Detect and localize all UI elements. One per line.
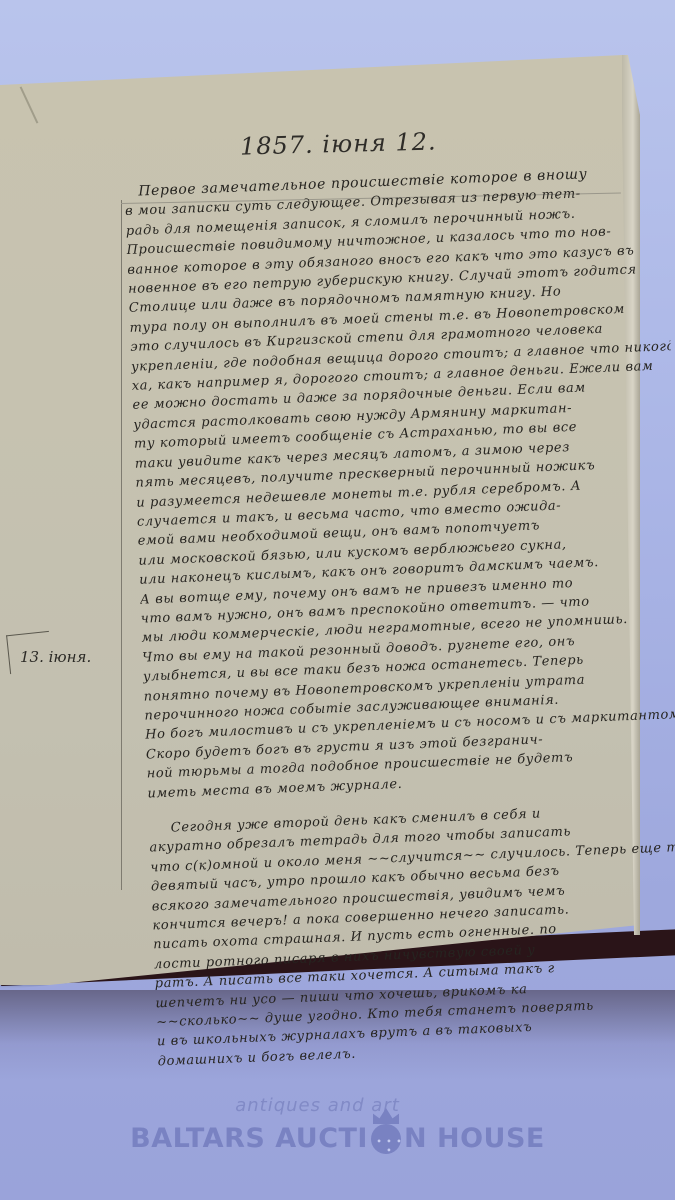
crown-orb-icon: • • • • xyxy=(369,1114,403,1154)
diary-text: Первое замечательное происшествіе которо… xyxy=(124,162,675,1072)
watermark-brand-right: N HOUSE xyxy=(404,1123,545,1154)
entry-june-12: Первое замечательное происшествіе которо… xyxy=(124,162,675,804)
margin-date-note: 13. іюня. xyxy=(20,648,91,666)
margin-rule xyxy=(121,200,122,890)
entry-june-13: Сегодня уже второй день какъ сменилъ в с… xyxy=(148,798,675,1072)
page-heading-date: 1857. іюня 12. xyxy=(240,127,437,160)
watermark-brand-left: BALTARS AUCTI xyxy=(130,1123,368,1154)
watermark-brand: BALTARS AUCTI • • • • N HOUSE xyxy=(130,1114,545,1154)
watermark-tagline: antiques and art xyxy=(0,1095,675,1116)
orb-dots-icon: • • • • xyxy=(376,1137,403,1155)
auction-house-watermark: antiques and art BALTARS AUCTI • • • • N… xyxy=(0,1095,675,1154)
